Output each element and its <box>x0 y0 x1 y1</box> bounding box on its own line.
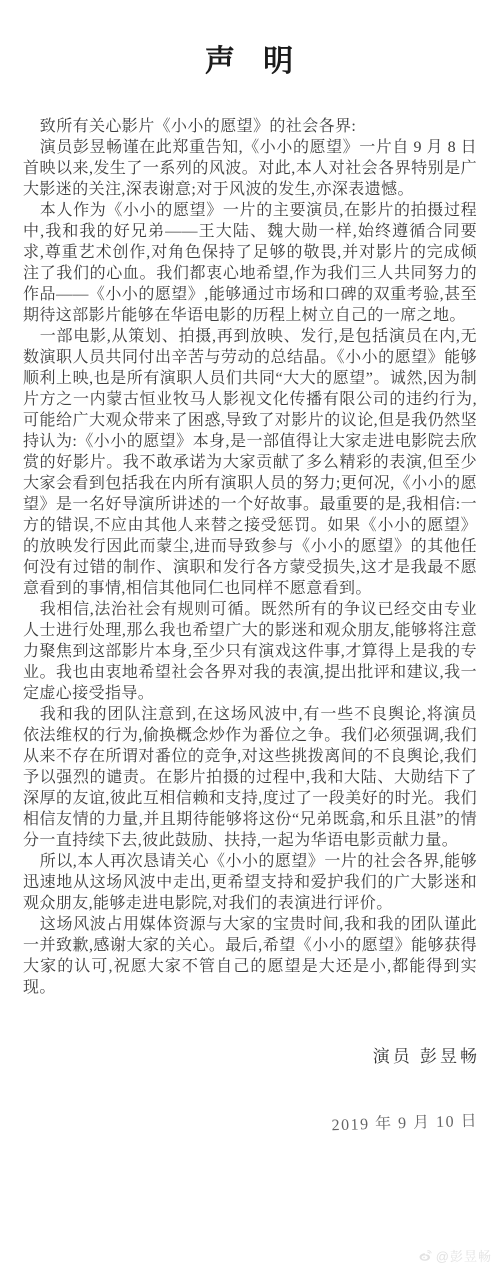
statement-document: 声 明 致所有关心影片《小小的愿望》的社会各界: 演员彭昱畅谨在此郑重告知,《小… <box>0 0 500 1130</box>
paragraph: 一部电影,从策划、拍摄,再到放映、发行,是包括演员在内,无数演职人员共同付出辛苦… <box>23 326 477 599</box>
salutation-line: 致所有关心影片《小小的愿望》的社会各界: <box>23 116 477 137</box>
paragraph: 演员彭昱畅谨在此郑重告知,《小小的愿望》一片自 9 月 8 日首映以来,发生了一… <box>23 137 477 200</box>
paragraph: 本人作为《小小的愿望》一片的主要演员,在影片的拍摄过程中,我和我的好兄弟——王大… <box>23 200 477 326</box>
body-paragraphs: 演员彭昱畅谨在此郑重告知,《小小的愿望》一片自 9 月 8 日首映以来,发生了一… <box>23 137 477 998</box>
paragraph: 我和我的团队注意到,在这场风波中,有一些不良舆论,将演员依法维权的行为,偷换概念… <box>23 704 477 851</box>
weibo-logo-icon <box>418 1248 433 1263</box>
date-line: 2019 年 9 月 10 日 <box>0 1107 500 1146</box>
paragraph: 这场风波占用媒体资源与大家的宝贵时间,我和我的团队谨此一并致歉,感谢大家的关心。… <box>23 914 477 998</box>
paragraph: 所以,本人再次恳请关心《小小的愿望》一片的社会各界,能够迅速地从这场风波中走出,… <box>23 851 477 914</box>
document-title: 声 明 <box>0 36 500 80</box>
document-body: 致所有关心影片《小小的愿望》的社会各界: 演员彭昱畅谨在此郑重告知,《小小的愿望… <box>23 116 477 998</box>
watermark-text: @彭昱畅 <box>436 1246 492 1265</box>
watermark: @彭昱畅 <box>418 1246 492 1265</box>
paragraph: 我相信,法治社会有规则可循。既然所有的争议已经交由专业人士进行处理,那么我也希望… <box>23 599 477 704</box>
signature-line: 演员 彭昱畅 <box>0 1042 500 1067</box>
scanned-statement-page: { "page": { "title": "声 明", "salutation"… <box>0 0 500 1270</box>
